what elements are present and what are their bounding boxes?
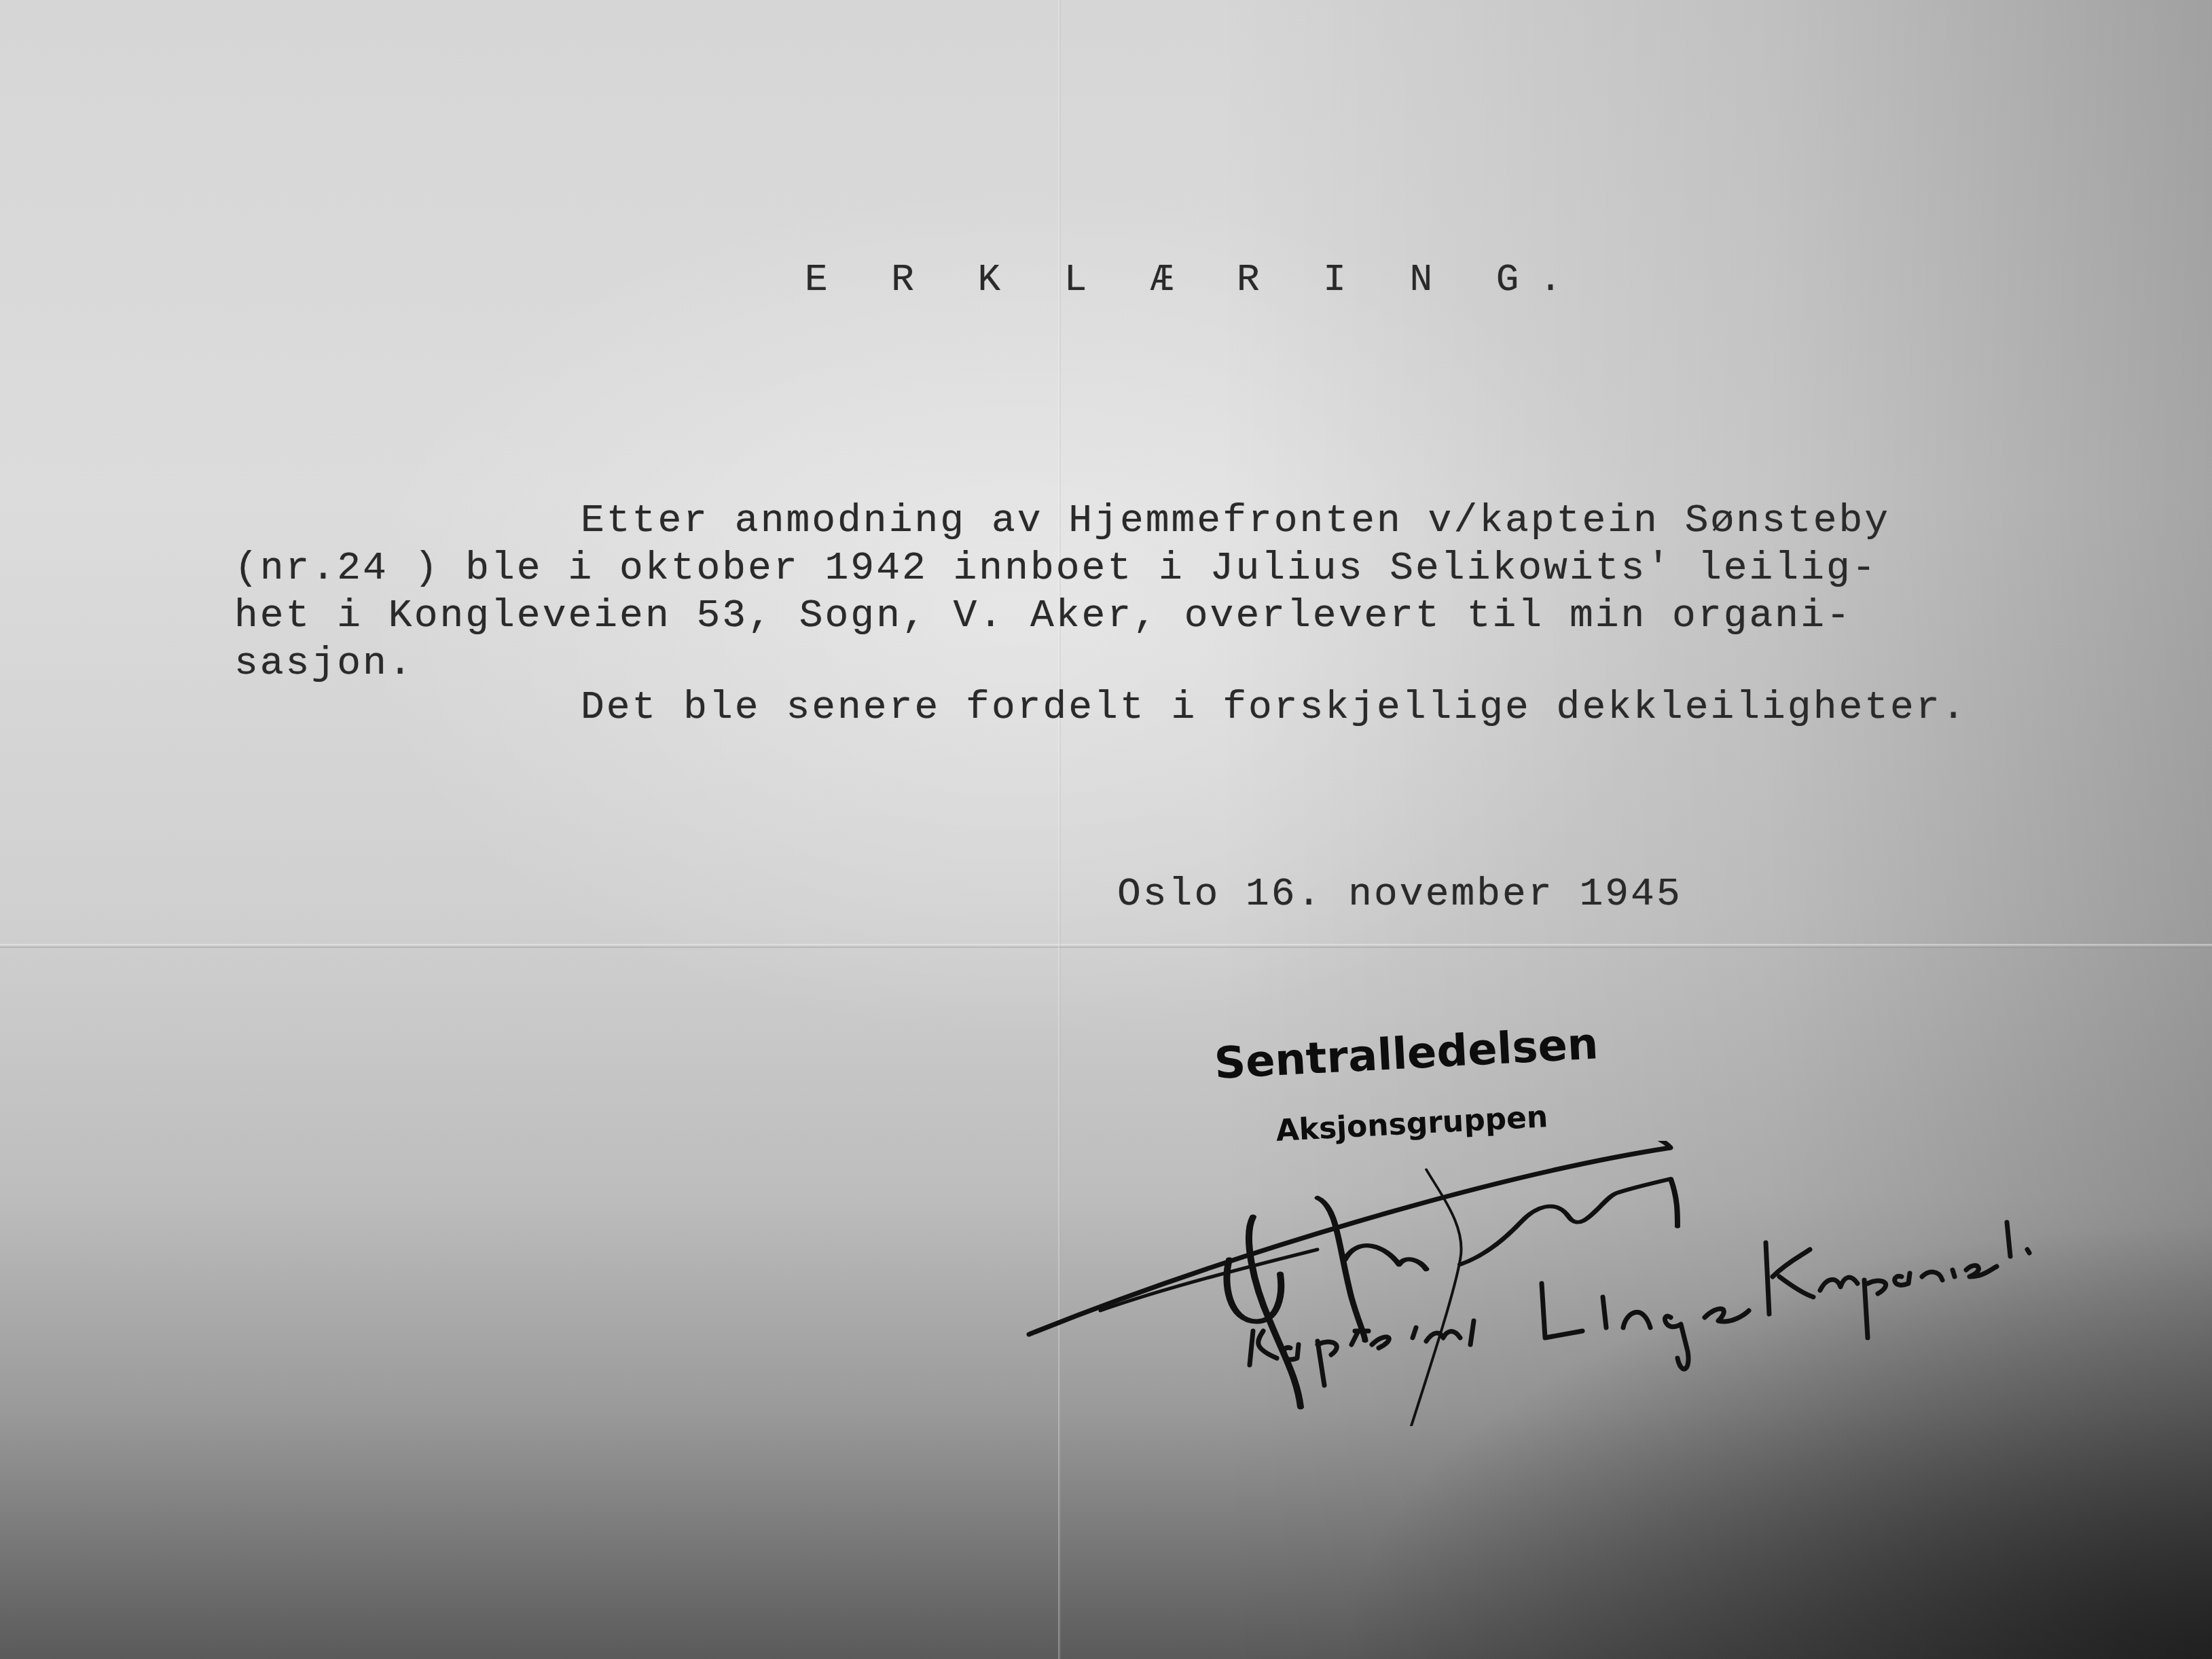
body-line-4: sasjon. [234,642,414,686]
body-line-1: Etter anmodning av Hjemmefronten v/kapte… [581,499,1890,543]
body-line-5: Det ble senere fordelt i forskjellige de… [581,686,1968,730]
document-title: E R K L Æ R I N G. [805,258,1582,302]
horizontal-fold-line [0,944,2212,948]
handwritten-signature: G. M. Sønsteby [1019,1141,2071,1426]
stamp-organization: Sentralledelsen [1213,1019,1599,1089]
date-line: Oslo 16. november 1945 [1117,873,1682,917]
body-line-3: het i Kongleveien 53, Sogn, V. Aker, ove… [234,594,1852,638]
body-line-2: (nr.24 ) ble i oktober 1942 innboet i Ju… [234,547,1878,591]
